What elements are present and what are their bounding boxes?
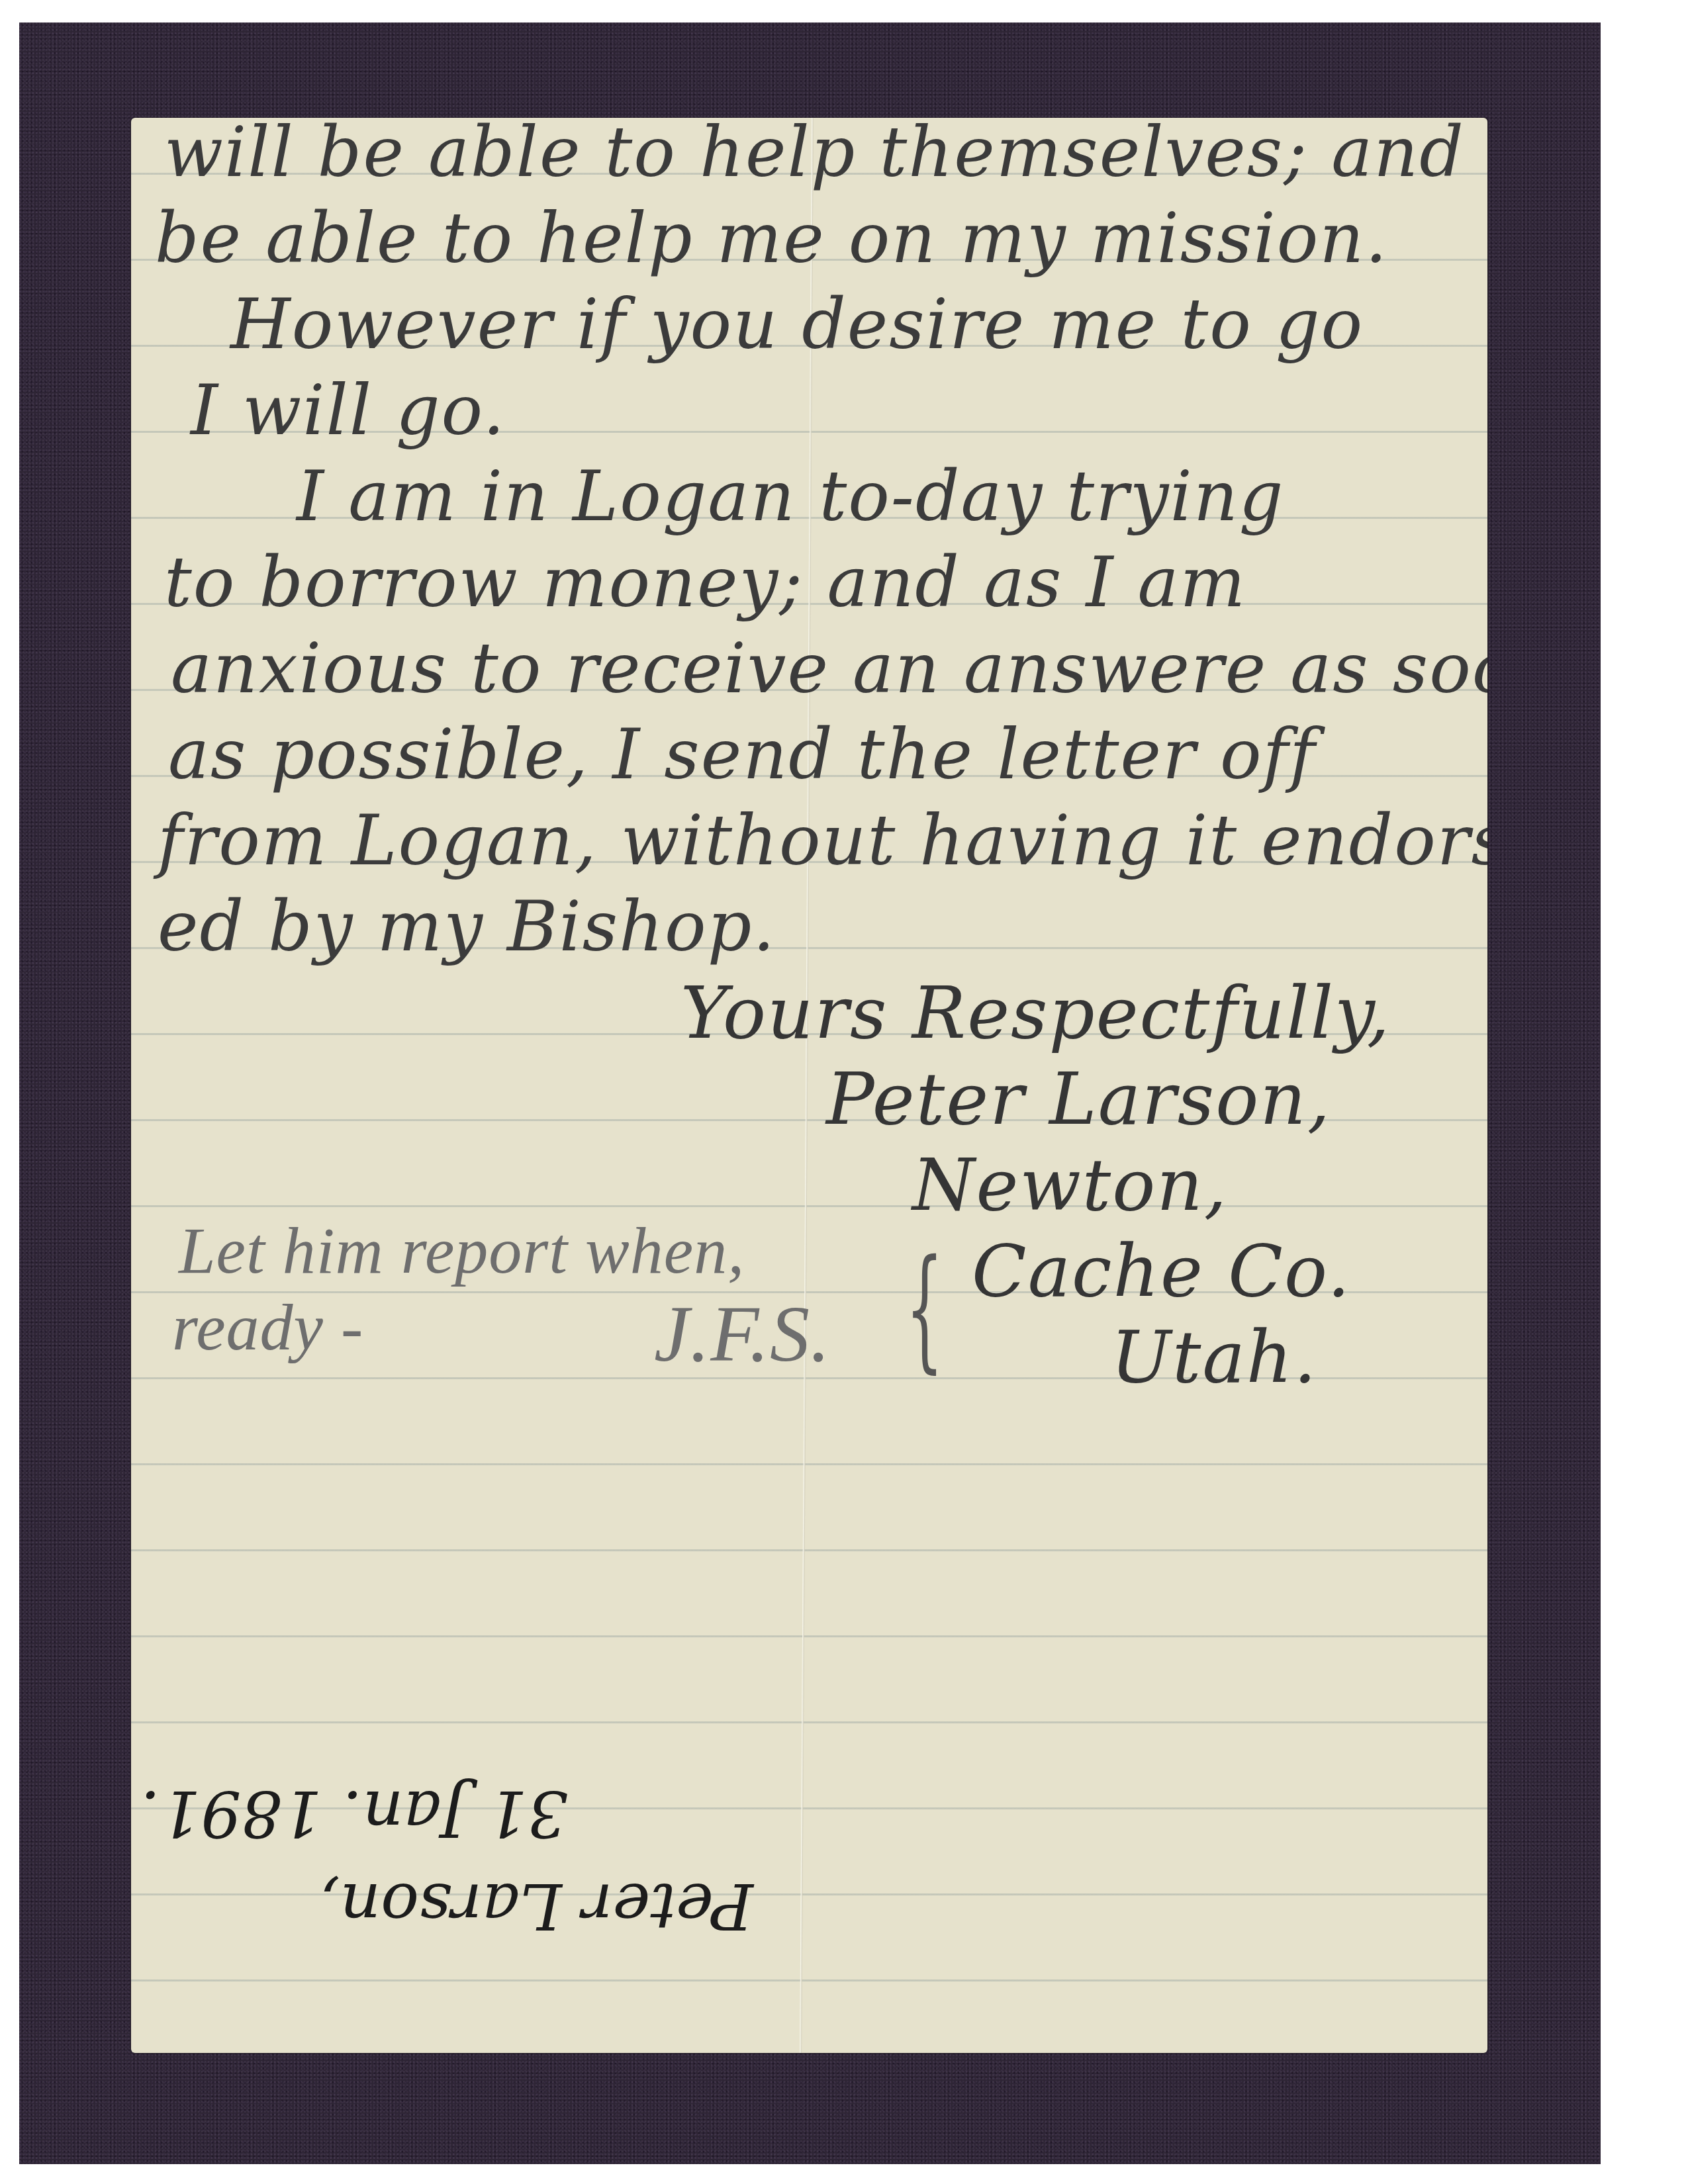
docket-name: Peter Larson, — [320, 1874, 753, 1938]
body-line-7: anxious to receive an answere as soon — [171, 634, 1487, 703]
address-county: Cache Co. — [972, 1236, 1351, 1308]
body-line-9: from Logan, without having it endors- — [158, 806, 1487, 875]
annotation-brace: { — [906, 1243, 943, 1375]
body-line-8: as possible, I send the letter off — [168, 720, 1317, 789]
address-town: Newton, — [912, 1150, 1228, 1222]
body-line-2: be able to help me on my mission. — [155, 204, 1388, 273]
annotation-initials: J.F.S. — [654, 1295, 831, 1374]
signature: Peter Larson, — [826, 1064, 1331, 1136]
letter-page: will be able to help themselves; and als… — [131, 118, 1487, 2053]
body-line-1: will be able to help themselves; and als… — [164, 118, 1487, 187]
annotation-line-1: Let him report when, — [179, 1218, 745, 1284]
body-line-6: to borrow money; and as I am — [164, 548, 1246, 617]
body-line-3: However if you desire me to go — [230, 290, 1364, 359]
body-line-4: I will go. — [191, 376, 506, 445]
valediction: Yours Respectfully, — [680, 978, 1391, 1050]
annotation-line-2: ready - — [172, 1295, 363, 1361]
body-line-10: ed by my Bishop. — [158, 892, 776, 961]
body-line-5: I am in Logan to-day trying — [297, 462, 1284, 531]
docket-date: 31 Jan. 1891. — [140, 1782, 568, 1845]
docket-endorsement: Peter Larson, 31 Jan. 1891. — [171, 1733, 767, 1951]
address-territory: Utah. — [1111, 1322, 1318, 1394]
